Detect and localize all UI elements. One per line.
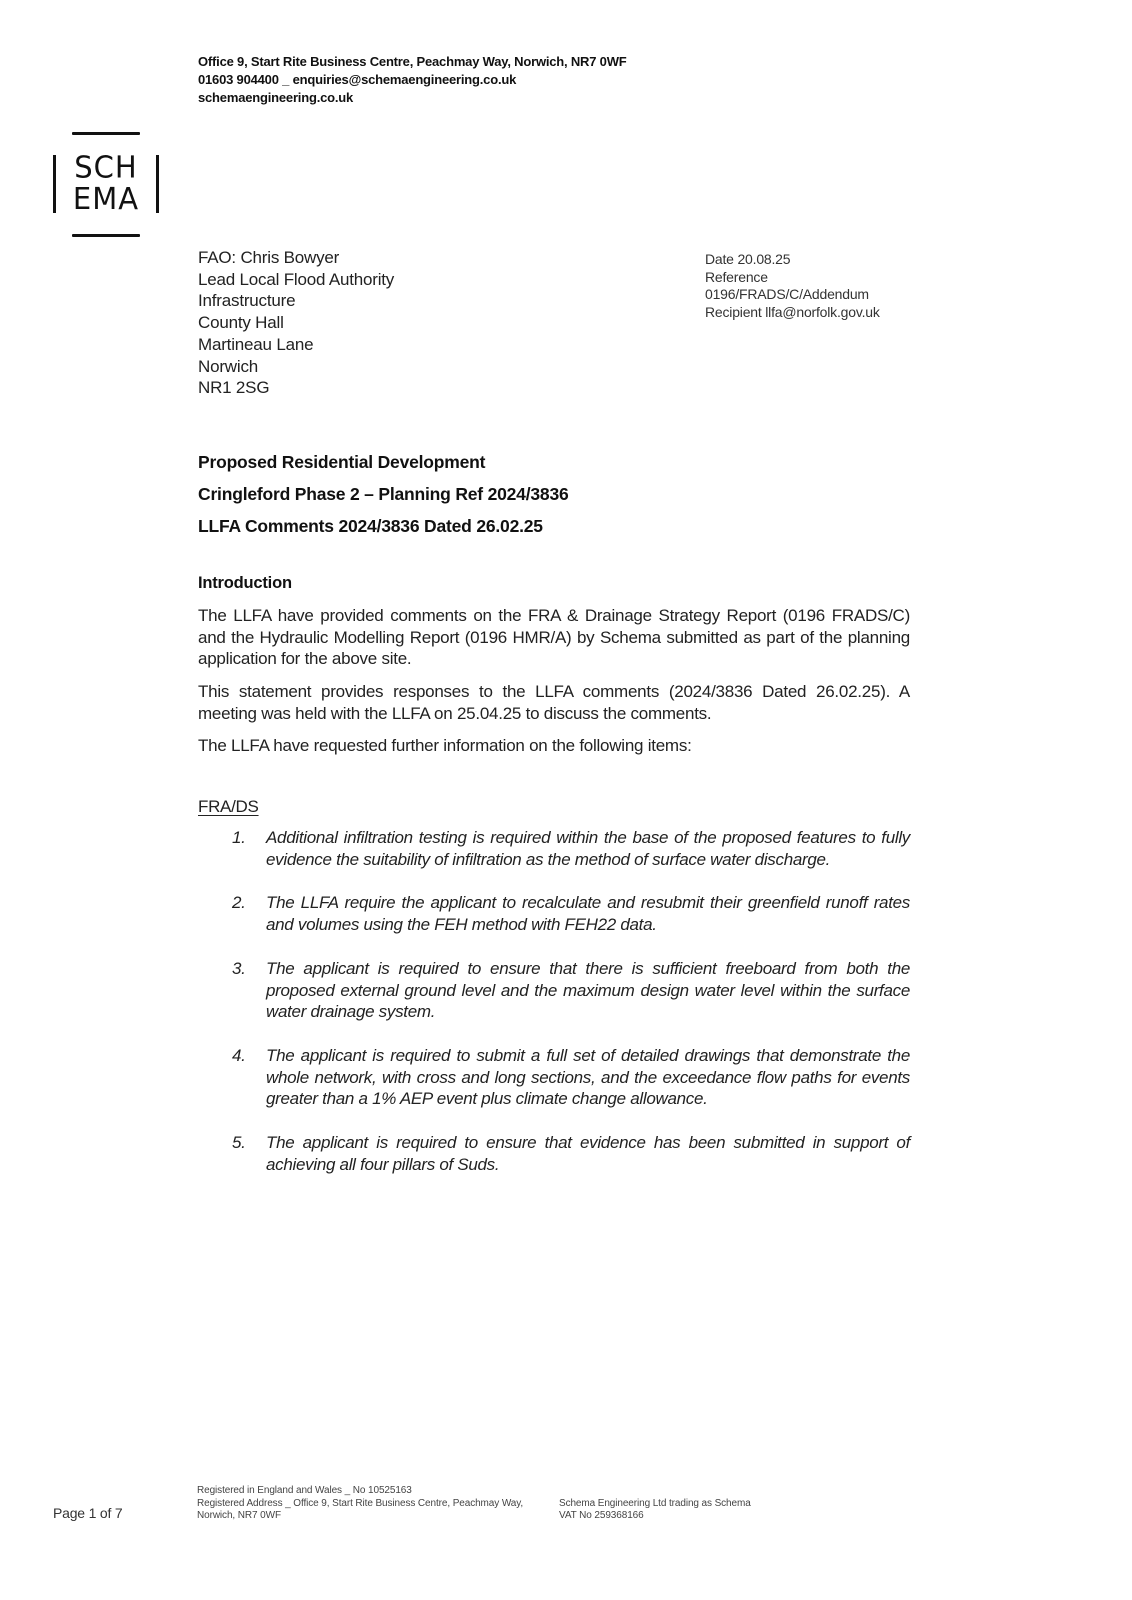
schema-logo: SCH EMA: [52, 131, 160, 239]
item-number: 3.: [232, 958, 246, 980]
introduction-paragraph: The LLFA have requested further informat…: [198, 735, 910, 757]
letterhead-address: Office 9, Start Rite Business Centre, Pe…: [198, 53, 627, 71]
item-text: Additional infiltration testing is requi…: [266, 828, 910, 869]
recipient-line: NR1 2SG: [198, 377, 394, 399]
logo-left-bar: [53, 155, 56, 213]
item-number: 4.: [232, 1045, 246, 1067]
logo-line-1: SCH: [68, 152, 144, 184]
logo-top-bar: [72, 132, 140, 135]
footer-company: Schema Engineering Ltd trading as Schema…: [559, 1498, 751, 1523]
list-item: 5. The applicant is required to ensure t…: [232, 1132, 910, 1175]
fra-ds-list: 1. Additional infiltration testing is re…: [232, 827, 910, 1197]
list-item: 1. Additional infiltration testing is re…: [232, 827, 910, 870]
list-item: 4. The applicant is required to submit a…: [232, 1045, 910, 1110]
recipient-line: Martineau Lane: [198, 334, 394, 356]
recipient-email: Recipient llfa@norfolk.gov.uk: [705, 304, 880, 322]
document-titles: Proposed Residential Development Cringle…: [198, 446, 569, 542]
recipient-line: County Hall: [198, 312, 394, 334]
item-number: 1.: [232, 827, 246, 849]
list-item: 3. The applicant is required to ensure t…: [232, 958, 910, 1023]
title-comments: LLFA Comments 2024/3836 Dated 26.02.25: [198, 510, 569, 542]
footer-registration-line: Registered Address _ Office 9, Start Rit…: [197, 1498, 523, 1511]
title-site: Cringleford Phase 2 – Planning Ref 2024/…: [198, 478, 569, 510]
item-number: 2.: [232, 892, 246, 914]
recipient-line: FAO: Chris Bowyer: [198, 247, 394, 269]
recipient-line: Infrastructure: [198, 290, 394, 312]
item-text: The applicant is required to submit a fu…: [266, 1046, 910, 1108]
footer-company-line: Schema Engineering Ltd trading as Schema: [559, 1498, 751, 1511]
recipient-line: Norwich: [198, 356, 394, 378]
fra-ds-heading: FRA/DS: [198, 797, 259, 817]
document-date: Date 20.08.25: [705, 251, 880, 269]
footer-vat-line: VAT No 259368166: [559, 1510, 751, 1523]
footer-registration: Registered in England and Wales _ No 105…: [197, 1485, 523, 1523]
page-number: Page 1 of 7: [53, 1505, 122, 1521]
letterhead: Office 9, Start Rite Business Centre, Pe…: [198, 53, 627, 107]
title-project: Proposed Residential Development: [198, 446, 569, 478]
footer-registration-line: Norwich, NR7 0WF: [197, 1510, 523, 1523]
logo-line-2: EMA: [68, 183, 144, 215]
recipient-line: Lead Local Flood Authority: [198, 269, 394, 291]
item-number: 5.: [232, 1132, 246, 1154]
footer-registration-line: Registered in England and Wales _ No 105…: [197, 1485, 523, 1498]
item-text: The LLFA require the applicant to recalc…: [266, 893, 910, 934]
reference-value: 0196/FRADS/C/Addendum: [705, 286, 880, 304]
letterhead-contact: 01603 904400 _ enquiries@schemaengineeri…: [198, 71, 627, 89]
logo-bottom-bar: [72, 234, 140, 237]
list-item: 2. The LLFA require the applicant to rec…: [232, 892, 910, 935]
logo-right-bar: [156, 155, 159, 213]
introduction-paragraph: The LLFA have provided comments on the F…: [198, 605, 910, 670]
letterhead-website: schemaengineering.co.uk: [198, 89, 627, 107]
item-text: The applicant is required to ensure that…: [266, 1133, 910, 1174]
logo-wordmark: SCH EMA: [68, 152, 144, 215]
document-meta: Date 20.08.25 Reference 0196/FRADS/C/Add…: [705, 251, 880, 321]
introduction-heading: Introduction: [198, 574, 292, 593]
recipient-address: FAO: Chris Bowyer Lead Local Flood Autho…: [198, 247, 394, 399]
introduction-paragraph: This statement provides responses to the…: [198, 681, 910, 724]
item-text: The applicant is required to ensure that…: [266, 959, 910, 1021]
reference-label: Reference: [705, 269, 880, 287]
